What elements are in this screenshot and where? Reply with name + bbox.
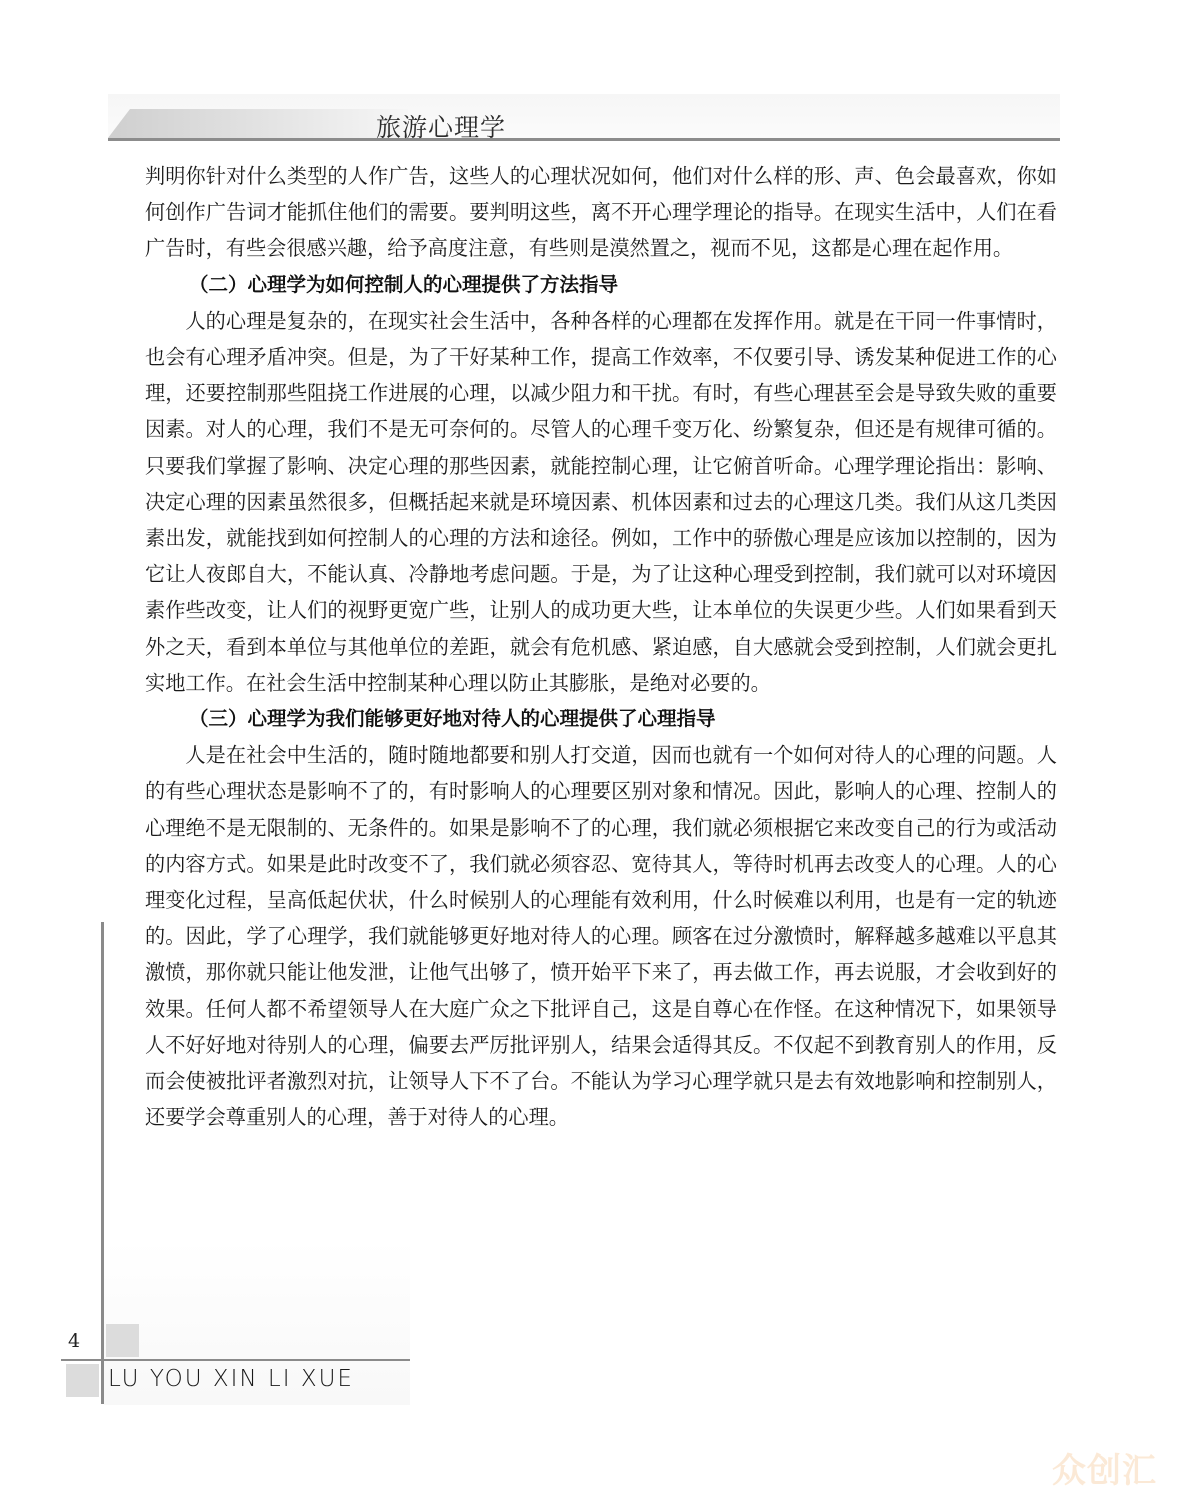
section-heading-2: （二）心理学为如何控制人的心理提供了方法指导 [145, 267, 1057, 303]
watermark-logo: 众创汇 [1052, 1443, 1157, 1486]
footer-decorative-square [66, 1364, 99, 1397]
page-body: 判明你针对什么类型的人作广告，这些人的心理状况如何，他们对什么样的形、声、色会最… [145, 158, 1057, 1135]
header-rule [108, 138, 1060, 141]
section-body-3: 人是在社会中生活的，随时随地都要和别人打交道，因而也就有一个如何对待人的心理的问… [145, 737, 1057, 1135]
margin-vertical-rule [101, 922, 104, 1404]
page-number: 4 [68, 1330, 80, 1352]
footer-pinyin-title: LU YOU XIN LI XUE [108, 1366, 354, 1392]
header-decorative-wedge [108, 109, 408, 138]
section-heading-3: （三）心理学为我们能够更好地对待人的心理提供了心理指导 [145, 701, 1057, 737]
continued-paragraph: 判明你针对什么类型的人作广告，这些人的心理状况如何，他们对什么样的形、声、色会最… [145, 158, 1057, 267]
footer-decorative-square [106, 1324, 139, 1357]
footer-rule [61, 1359, 410, 1361]
section-body-2: 人的心理是复杂的，在现实社会生活中，各种各样的心理都在发挥作用。就是在干同一件事… [145, 303, 1057, 701]
running-header-title: 旅游心理学 [376, 108, 506, 144]
